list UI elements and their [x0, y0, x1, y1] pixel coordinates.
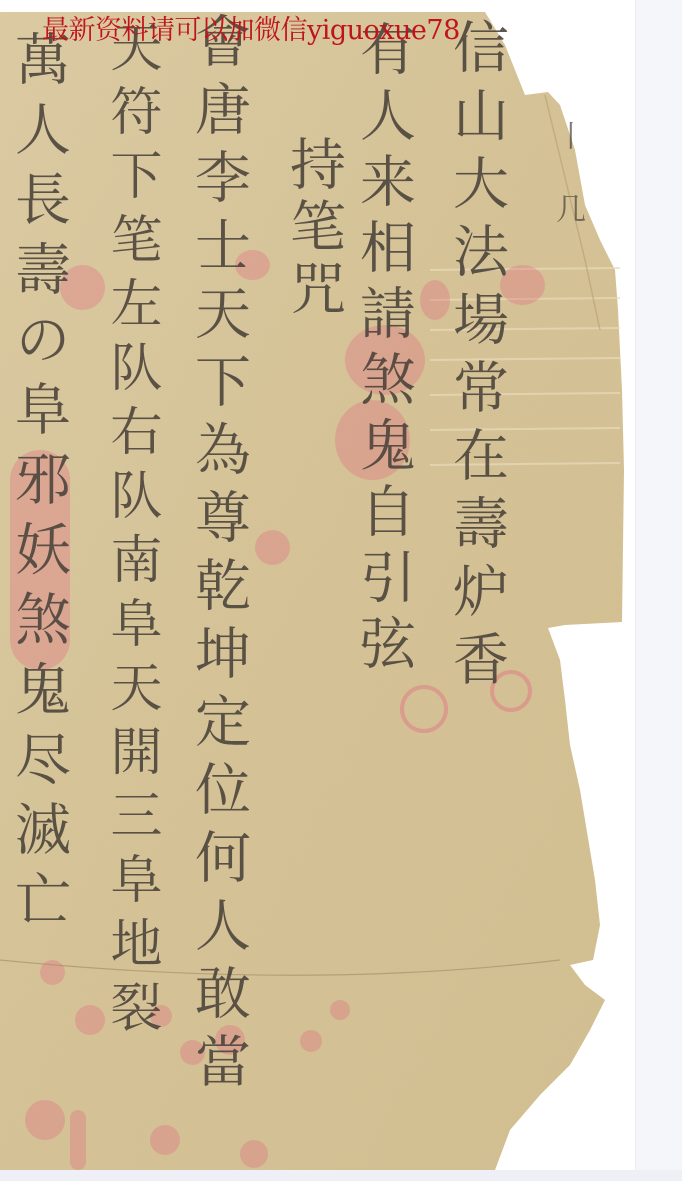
manuscript-column-1: 丨 几 — [552, 120, 582, 227]
red-seal-stain — [300, 1030, 322, 1052]
red-seal-stain — [25, 1100, 65, 1140]
red-seal-stain — [150, 1125, 180, 1155]
scrollbar-panel[interactable] — [635, 0, 682, 1181]
red-seal-stain — [40, 960, 65, 985]
manuscript-column-2: 信山大法場常在壽炉香 — [448, 18, 504, 698]
manuscript-column-7: 萬人長壽の阜邪妖煞鬼尽滅亡 — [10, 30, 66, 940]
manuscript-column-5: 會唐李士天下為尊乾坤定位何人敢當 — [190, 12, 246, 1100]
red-seal-stain — [330, 1000, 350, 1020]
red-seal-ring — [400, 685, 448, 733]
manuscript-column-6: 天符下笔左队右队南阜天開三阜地裂 — [105, 20, 157, 1044]
bottom-bar — [0, 1170, 682, 1181]
red-seal-stain — [240, 1140, 268, 1168]
watermark-text: 最新资料请可以加微信yiguoxue78 — [42, 8, 460, 47]
manuscript-column-3: 有人来相請煞鬼自引弦 — [355, 20, 411, 680]
red-seal-stain — [70, 1110, 86, 1170]
red-seal-stain — [255, 530, 290, 565]
manuscript-column-4: 持笔咒 — [285, 135, 341, 321]
image-viewer: 丨 几 信山大法場常在壽炉香 有人来相請煞鬼自引弦 持笔咒 會唐李士天下為尊乾坤… — [0, 0, 635, 1170]
